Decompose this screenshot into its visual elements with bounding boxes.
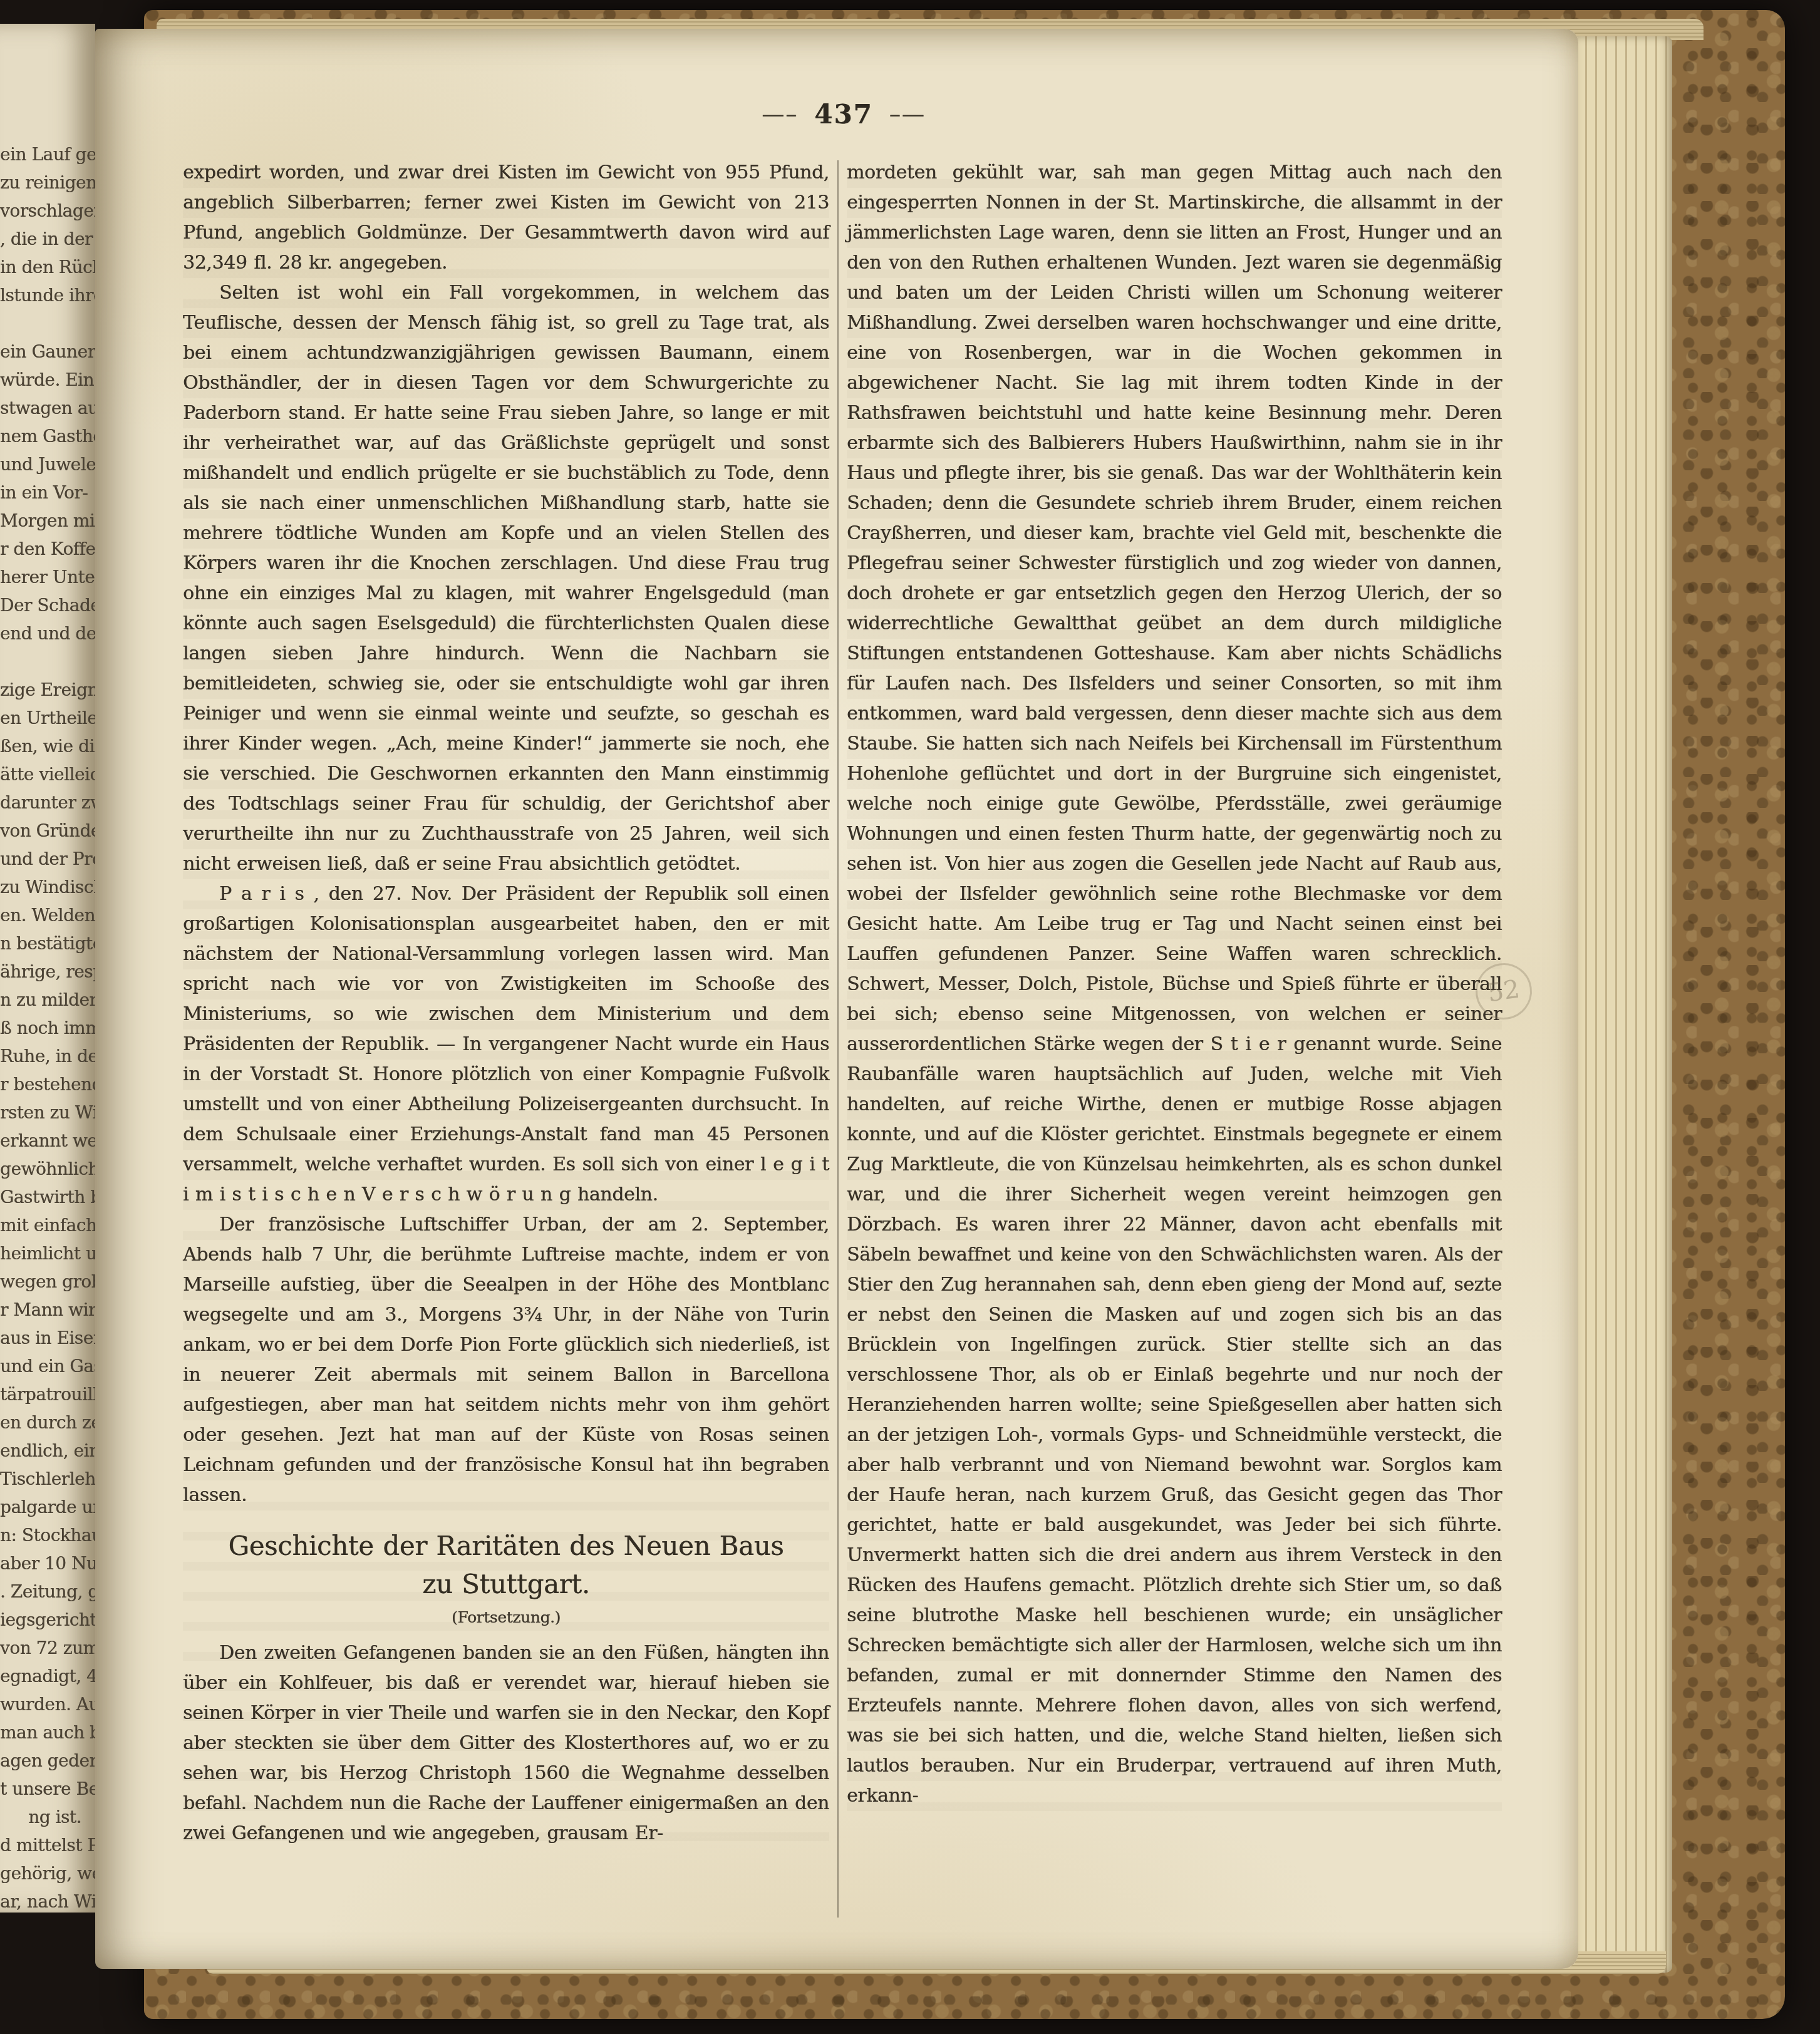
fragment-line: endlich, ein bbox=[0, 1437, 81, 1465]
fragment-line: vorschlagen. bbox=[0, 197, 81, 225]
fragment-line: ätte vielleicht bbox=[0, 760, 81, 788]
fragment-line: Gastwirth ba- bbox=[0, 1183, 81, 1211]
fragment-line: r bestehenden bbox=[0, 1070, 81, 1098]
page-edges-right bbox=[1577, 36, 1672, 1973]
fragment-line: Der Schaden, bbox=[0, 591, 81, 619]
page-header: —–437–— bbox=[183, 99, 1504, 130]
fragment-line: in ein Vor- bbox=[0, 478, 81, 507]
fragment-line: zu Windisch- bbox=[0, 873, 81, 901]
fragment-line: iegsgericht im bbox=[0, 1606, 81, 1634]
fragment-line: zige Ereigniß bbox=[0, 676, 81, 704]
fragment-line: rsten zu Win- bbox=[0, 1098, 81, 1127]
fragment-line: darunter zwei bbox=[0, 788, 81, 817]
fragment-line: und der Pro- bbox=[0, 845, 81, 873]
fragment-line: lstunde ihren bbox=[0, 281, 81, 309]
fragment-line: würde. Ein bbox=[0, 366, 81, 394]
fragment-line: gehörig, wel- bbox=[0, 1859, 81, 1887]
fragment-line: d mittelst Post bbox=[0, 1831, 81, 1859]
header-ornament-left: —– bbox=[762, 101, 798, 127]
fragment-line: ein Gauner- bbox=[0, 338, 81, 366]
facing-page-text-fragments: ein Lauf ge-zu reinigen,vorschlagen., di… bbox=[0, 140, 81, 1916]
fragment-line: herer Unter- bbox=[0, 563, 81, 591]
fragment-line: en. Welden bbox=[0, 901, 81, 929]
paragraph: expedirt worden, und zwar drei Kisten im… bbox=[183, 158, 829, 278]
section-subtitle: (Fortsetzung.) bbox=[183, 1603, 829, 1632]
header-ornament-right: –— bbox=[889, 101, 926, 127]
fragment-line: , die in der bbox=[0, 225, 81, 253]
paragraph: Der französische Luftschiffer Urban, der… bbox=[183, 1210, 829, 1510]
fragment-line: en durch zeit- bbox=[0, 1408, 81, 1437]
fragment-line: n: Stockhaus bbox=[0, 1521, 81, 1549]
fragment-line: wegen grober bbox=[0, 1267, 81, 1296]
left-text-column: expedirt worden, und zwar drei Kisten im… bbox=[183, 158, 829, 1849]
fragment-line: zu reinigen, bbox=[0, 168, 81, 197]
scanned-book-page: ein Lauf ge-zu reinigen,vorschlagen., di… bbox=[0, 0, 1820, 2034]
fragment-line: in den Rück- bbox=[0, 253, 81, 281]
fragment-line: Morgen mit bbox=[0, 507, 81, 535]
fragment-line bbox=[0, 309, 81, 338]
fragment-line: stwagen aus bbox=[0, 394, 81, 422]
fragment-line: von Gründen, bbox=[0, 817, 81, 845]
fragment-line: ß noch immer, bbox=[0, 1014, 81, 1042]
fragment-line: ein Lauf ge- bbox=[0, 140, 81, 168]
fragment-line: r Mann wird bbox=[0, 1296, 81, 1324]
fragment-line: man auch bei bbox=[0, 1718, 81, 1747]
fragment-line: mit einfacher bbox=[0, 1211, 81, 1239]
paragraph: Selten ist wohl ein Fall vorgekommen, in… bbox=[183, 278, 829, 879]
fragment-line: nem Gasthofe bbox=[0, 422, 81, 450]
paragraph: P a r i s , den 27. Nov. Der Präsident d… bbox=[183, 879, 829, 1210]
fragment-line: Ruhe, in der bbox=[0, 1042, 81, 1070]
fragment-line: und Juwelen bbox=[0, 450, 81, 478]
fragment-line: n bestätigten bbox=[0, 929, 81, 958]
fragment-line: Tischlerlehr- bbox=[0, 1465, 81, 1493]
fragment-line: r den Koffer bbox=[0, 535, 81, 563]
fragment-line: agen gedenkt. bbox=[0, 1747, 81, 1775]
fragment-line: tärpatrouille bbox=[0, 1380, 81, 1408]
fragment-line bbox=[0, 648, 81, 676]
fragment-line: heimlicht und bbox=[0, 1239, 81, 1267]
section-title-line: Geschichte der Raritäten des Neuen Baus bbox=[183, 1527, 829, 1566]
fragment-line: ßen, wie die bbox=[0, 732, 81, 760]
right-text-column: mordeten gekühlt war, sah man gegen Mitt… bbox=[847, 158, 1502, 1811]
fragment-line: palgarde und bbox=[0, 1493, 81, 1521]
fragment-line: t unsere Be- bbox=[0, 1775, 81, 1803]
fragment-line: en Urtheilen bbox=[0, 704, 81, 732]
fragment-line: n zu mildern bbox=[0, 986, 81, 1014]
fragment-line: und ein Gast- bbox=[0, 1352, 81, 1380]
fragment-line: egnadigt, 44 bbox=[0, 1662, 81, 1690]
fragment-line: ar, nach Wien bbox=[0, 1887, 81, 1916]
fragment-line: . Zeitung, gibt bbox=[0, 1577, 81, 1606]
fragment-line: end und der bbox=[0, 619, 81, 648]
fragment-line: erkannt wer- bbox=[0, 1127, 81, 1155]
fragment-line: aus in Eisen bbox=[0, 1324, 81, 1352]
paragraph: Den zweiten Gefangenen banden sie an den… bbox=[183, 1638, 829, 1849]
paragraph: mordeten gekühlt war, sah man gegen Mitt… bbox=[847, 158, 1502, 1811]
column-divider-rule bbox=[837, 160, 839, 1918]
fragment-line: von 72 zum bbox=[0, 1634, 81, 1662]
fragment-line: ng ist. bbox=[0, 1803, 81, 1831]
section-title-line: zu Stuttgart. bbox=[183, 1566, 829, 1603]
fragment-line: aber 10 Nu- bbox=[0, 1549, 81, 1577]
fragment-line: ährige, resp. bbox=[0, 958, 81, 986]
fragment-line: wurden. Aus bbox=[0, 1690, 81, 1718]
page-number: 437 bbox=[798, 99, 889, 130]
fragment-line: gewöhnlichen. bbox=[0, 1155, 81, 1183]
